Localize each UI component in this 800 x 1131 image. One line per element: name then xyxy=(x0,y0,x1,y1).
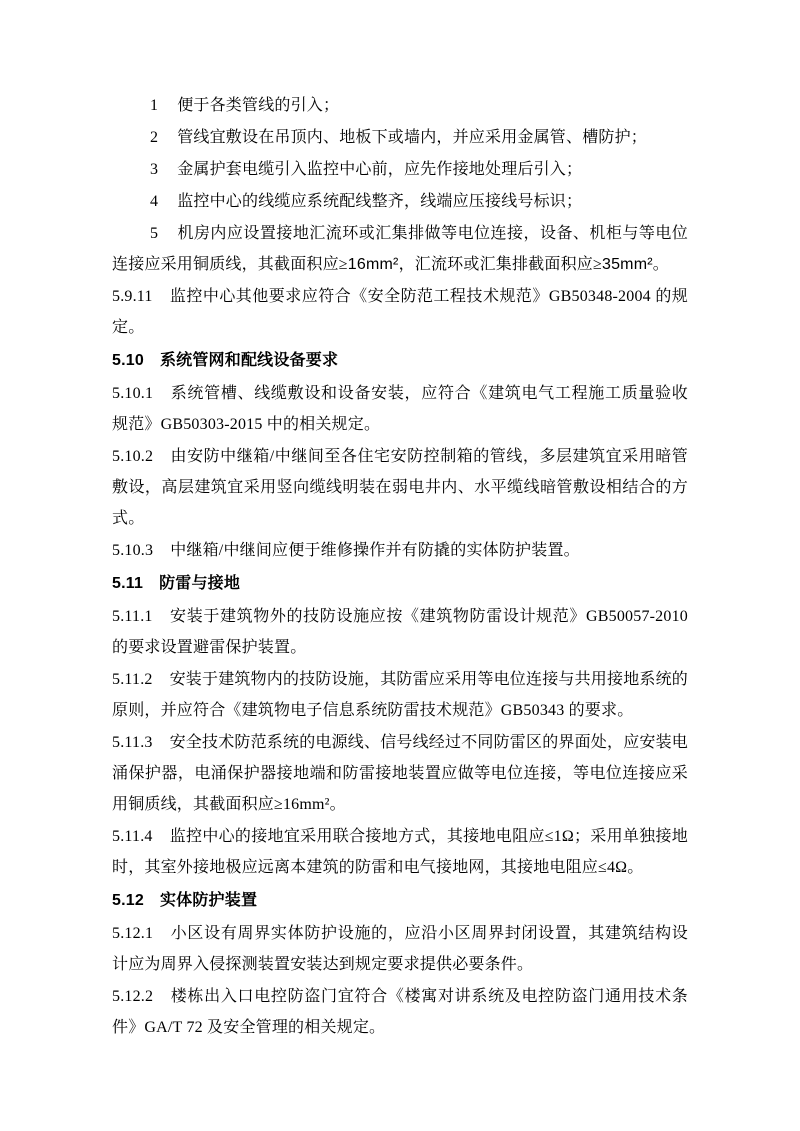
list-item-number: 3 xyxy=(150,161,158,178)
document-page: 1便于各类管线的引入； 2管线宜敷设在吊顶内、地板下或墙内，并应采用金属管、槽防… xyxy=(0,0,800,1131)
list-item-number: 1 xyxy=(150,97,158,114)
clause-text: 安全技术防范系统的电源线、信号线经过不同防雷区的界面处，应安装电涌保护器，电涌保… xyxy=(112,734,688,813)
list-item-text: 便于各类管线的引入； xyxy=(177,97,339,114)
clause-number: 5.10.2 xyxy=(112,448,153,465)
clause-text: 监控中心的接地宜采用联合接地方式，其接地电阻应≤1Ω；采用单独接地时，其室外接地… xyxy=(112,828,688,876)
clause-5-12-1: 5.12.1小区设有周界实体防护设施的，应沿小区周界封闭设置，其建筑结构设计应为… xyxy=(112,918,688,980)
list-item-text: 。 xyxy=(653,256,669,273)
list-item-number: 5 xyxy=(150,225,158,242)
clause-number: 5.11.3 xyxy=(112,734,153,751)
clause-5-11-2: 5.11.2安装于建筑物内的技防设施，其防雷应采用等电位连接与共用接地系统的原则… xyxy=(112,664,688,726)
list-item-number: 2 xyxy=(150,129,158,146)
clause-text: 系统管槽、线缆敷设和设备安装，应符合《建筑电气工程施工质量验收规范》GB5030… xyxy=(112,385,688,433)
list-item-text: 金属护套电缆引入监控中心前，应先作接地处理后引入； xyxy=(177,161,582,178)
clause-text: 监控中心其他要求应符合《安全防范工程技术规范》GB50348-2004 的规定。 xyxy=(112,288,688,336)
clause-text: 安装于建筑物外的技防设施应按《建筑物防雷设计规范》GB50057-2010 的要… xyxy=(112,608,688,656)
clause-number: 5.12.1 xyxy=(112,925,153,942)
heading-title: 防雷与接地 xyxy=(159,575,240,592)
list-item-text: 监控中心的线缆应系统配线整齐，线端应压接线号标识； xyxy=(177,193,582,210)
clause-5-10-3: 5.10.3中继箱/中继间应便于维修操作并有防撬的实体防护装置。 xyxy=(112,535,688,566)
list-item-text: ，汇流环或汇集排截面积应≥ xyxy=(399,256,602,273)
heading-title: 系统管网和配线设备要求 xyxy=(160,352,338,369)
clause-text: 安装于建筑物内的技防设施，其防雷应采用等电位连接与共用接地系统的原则，并应符合《… xyxy=(112,671,688,719)
list-item-4: 4监控中心的线缆应系统配线整齐，线端应压接线号标识； xyxy=(112,186,688,217)
clause-5-11-1: 5.11.1安装于建筑物外的技防设施应按《建筑物防雷设计规范》GB50057-2… xyxy=(112,601,688,663)
heading-number: 5.12 xyxy=(112,892,144,909)
clause-5-11-3: 5.11.3安全技术防范系统的电源线、信号线经过不同防雷区的界面处，应安装电涌保… xyxy=(112,727,688,820)
heading-title: 实体防护装置 xyxy=(160,892,257,909)
clause-number: 5.11.2 xyxy=(112,671,153,688)
section-heading-5-10: 5.10系统管网和配线设备要求 xyxy=(112,345,688,376)
clause-number: 5.12.2 xyxy=(112,988,153,1005)
clause-5-10-2: 5.10.2由安防中继箱/中继间至各住宅安防控制箱的管线，多层建筑宜采用暗管敷设… xyxy=(112,441,688,534)
clause-text: 由安防中继箱/中继间至各住宅安防控制箱的管线，多层建筑宜采用暗管敷设，高层建筑宜… xyxy=(112,448,688,527)
clause-5-10-1: 5.10.1系统管槽、线缆敷设和设备安装，应符合《建筑电气工程施工质量验收规范》… xyxy=(112,378,688,440)
clause-5-9-11: 5.9.11监控中心其他要求应符合《安全防范工程技术规范》GB50348-200… xyxy=(112,281,688,343)
clause-number: 5.11.4 xyxy=(112,828,153,845)
list-item-1: 1便于各类管线的引入； xyxy=(112,90,688,121)
list-item-5: 5机房内应设置接地汇流环或汇集排做等电位连接，设备、机柜与等电位连接应采用铜质线… xyxy=(112,218,688,280)
measurement-value: 16mm² xyxy=(348,256,399,273)
section-heading-5-12: 5.12实体防护装置 xyxy=(112,885,688,916)
clause-number: 5.9.11 xyxy=(112,288,153,305)
clause-text: 小区设有周界实体防护设施的，应沿小区周界封闭设置，其建筑结构设计应为周界入侵探测… xyxy=(112,925,688,973)
clause-number: 5.10.3 xyxy=(112,542,153,559)
list-item-2: 2管线宜敷设在吊顶内、地板下或墙内，并应采用金属管、槽防护； xyxy=(112,122,688,153)
clause-text: 中继箱/中继间应便于维修操作并有防撬的实体防护装置。 xyxy=(170,542,580,559)
heading-number: 5.11 xyxy=(112,575,143,592)
clause-number: 5.11.1 xyxy=(112,608,153,625)
clause-5-12-2: 5.12.2楼栋出入口电控防盗门宜符合《楼寓对讲系统及电控防盗门通用技术条件》G… xyxy=(112,981,688,1043)
clause-number: 5.10.1 xyxy=(112,385,153,402)
measurement-value: 35mm² xyxy=(602,256,653,273)
list-item-3: 3金属护套电缆引入监控中心前，应先作接地处理后引入； xyxy=(112,154,688,185)
heading-number: 5.10 xyxy=(112,352,144,369)
list-item-text: 管线宜敷设在吊顶内、地板下或墙内，并应采用金属管、槽防护； xyxy=(177,129,647,146)
clause-text: 楼栋出入口电控防盗门宜符合《楼寓对讲系统及电控防盗门通用技术条件》GA/T 72… xyxy=(112,988,688,1036)
clause-5-11-4: 5.11.4监控中心的接地宜采用联合接地方式，其接地电阻应≤1Ω；采用单独接地时… xyxy=(112,821,688,883)
list-item-number: 4 xyxy=(150,193,158,210)
section-heading-5-11: 5.11防雷与接地 xyxy=(112,568,688,599)
